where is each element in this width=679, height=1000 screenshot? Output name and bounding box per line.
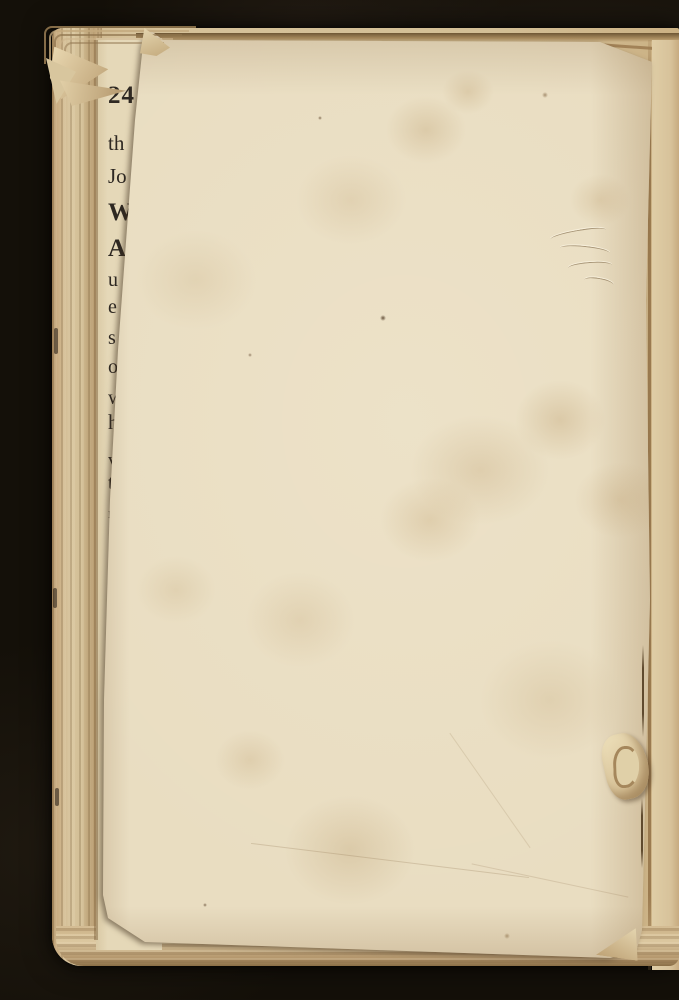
edge-crack — [641, 798, 643, 868]
blank-page — [96, 30, 658, 962]
curled-paper-tab-inner — [612, 746, 639, 789]
blank-page-wrap — [0, 0, 679, 1000]
book-photo: 24 thJoWAuesowhvtı — [0, 0, 679, 1000]
edge-crack — [642, 645, 644, 737]
